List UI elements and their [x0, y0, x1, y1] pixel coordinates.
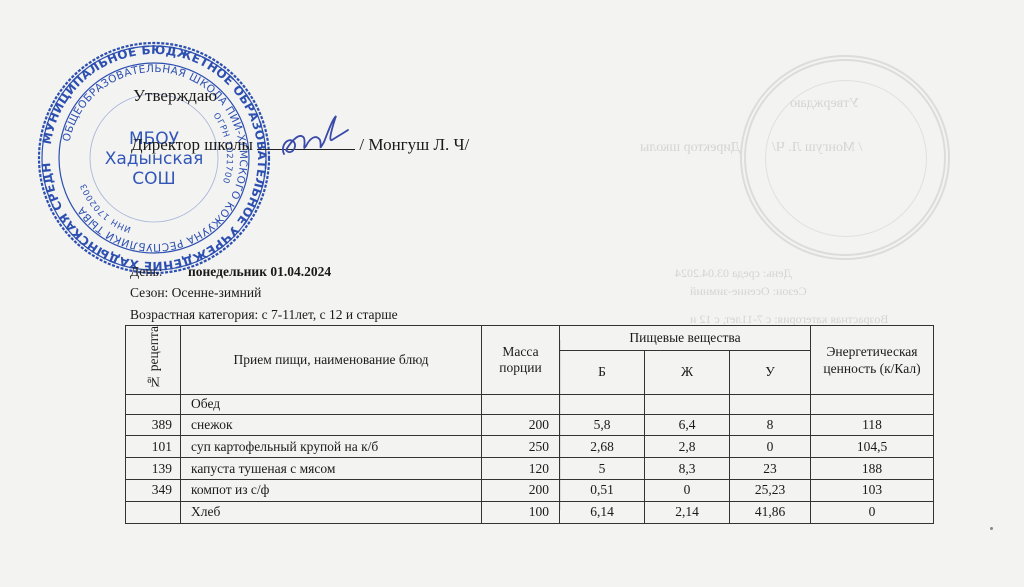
- approval-label: Утверждаю: [133, 86, 217, 106]
- mass-cell: 250: [482, 436, 560, 458]
- protein-cell: 6,14: [560, 501, 645, 523]
- fat-cell: 2,8: [645, 436, 730, 458]
- scan-speck: [990, 527, 993, 530]
- fat-cell: 6,4: [645, 414, 730, 436]
- menu-table: № рецепта Прием пищи, наименование блюд …: [125, 325, 934, 524]
- dish-name-cell: компот из с/ф: [181, 480, 482, 502]
- energy-cell: 118: [811, 414, 934, 436]
- section-label: Обед: [181, 394, 482, 414]
- fat-cell: 2,14: [645, 501, 730, 523]
- header-recipe-no: № рецепта: [126, 326, 181, 395]
- table-row: Хлеб1006,142,1441,860: [126, 501, 934, 523]
- ghost-approve: Утверждаю: [790, 96, 859, 112]
- header-mass: Масса порции: [482, 326, 560, 395]
- table-row: 349компот из с/ф2000,51025,23103: [126, 480, 934, 502]
- director-title: Директор школы: [131, 135, 253, 154]
- header-fat: Ж: [645, 351, 730, 394]
- ghost-season: Сезон: Осенне-зимний: [690, 284, 807, 299]
- recipe-no-cell: 389: [126, 414, 181, 436]
- recipe-no-cell: [126, 501, 181, 523]
- stamp-graphic: МУНИЦИПАЛЬНОЕ БЮДЖЕТНОЕ ОБРАЗОВАТЕЛЬНОЕ …: [36, 40, 272, 276]
- header-nutrients: Пищевые вещества: [560, 326, 811, 351]
- protein-cell: 5,8: [560, 414, 645, 436]
- svg-text:СОШ: СОШ: [132, 169, 175, 189]
- energy-cell: 104,5: [811, 436, 934, 458]
- protein-cell: 0,51: [560, 480, 645, 502]
- carbs-cell: 8: [730, 414, 811, 436]
- header-protein: Б: [560, 351, 645, 394]
- day-value: понедельник 01.04.2024: [188, 264, 331, 279]
- signature-icon: [270, 112, 360, 162]
- header-dish: Прием пищи, наименование блюд: [181, 326, 482, 395]
- dish-name-cell: снежок: [181, 414, 482, 436]
- header-energy: Энергетическая ценность (к/Кал): [811, 326, 934, 395]
- fat-cell: 8,3: [645, 458, 730, 480]
- table-row: 139капуста тушеная с мясом12058,323188: [126, 458, 934, 480]
- recipe-no-cell: 139: [126, 458, 181, 480]
- director-name: / Монгуш Л. Ч/: [359, 135, 469, 154]
- dish-name-cell: Хлеб: [181, 501, 482, 523]
- official-stamp: МУНИЦИПАЛЬНОЕ БЮДЖЕТНОЕ ОБРАЗОВАТЕЛЬНОЕ …: [36, 40, 272, 276]
- protein-cell: 2,68: [560, 436, 645, 458]
- carbs-cell: 23: [730, 458, 811, 480]
- table-row: 101суп картофельный крупой на к/б2502,68…: [126, 436, 934, 458]
- mass-cell: 100: [482, 501, 560, 523]
- dish-name-cell: суп картофельный крупой на к/б: [181, 436, 482, 458]
- energy-cell: 103: [811, 480, 934, 502]
- recipe-no-cell: 349: [126, 480, 181, 502]
- ghost-day: День: среда 03.04.2024: [675, 266, 792, 281]
- ghost-director: / Монгуш Л. Ч/ Директор школы: [640, 140, 862, 156]
- day-label: День:: [130, 264, 188, 280]
- carbs-cell: 41,86: [730, 501, 811, 523]
- section-row: Обед: [126, 394, 934, 414]
- mass-cell: 200: [482, 414, 560, 436]
- energy-cell: 0: [811, 501, 934, 523]
- day-line: День:понедельник 01.04.2024: [130, 264, 331, 280]
- table-row: 389снежок2005,86,48118: [126, 414, 934, 436]
- dish-name-cell: капуста тушеная с мясом: [181, 458, 482, 480]
- mass-cell: 120: [482, 458, 560, 480]
- carbs-cell: 0: [730, 436, 811, 458]
- energy-cell: 188: [811, 458, 934, 480]
- age-category-line: Возрастная категория: с 7-11лет, с 12 и …: [130, 307, 398, 323]
- mass-cell: 200: [482, 480, 560, 502]
- recipe-no-cell: 101: [126, 436, 181, 458]
- header-carbs: У: [730, 351, 811, 394]
- protein-cell: 5: [560, 458, 645, 480]
- fat-cell: 0: [645, 480, 730, 502]
- carbs-cell: 25,23: [730, 480, 811, 502]
- season-line: Сезон: Осенне-зимний: [130, 285, 261, 301]
